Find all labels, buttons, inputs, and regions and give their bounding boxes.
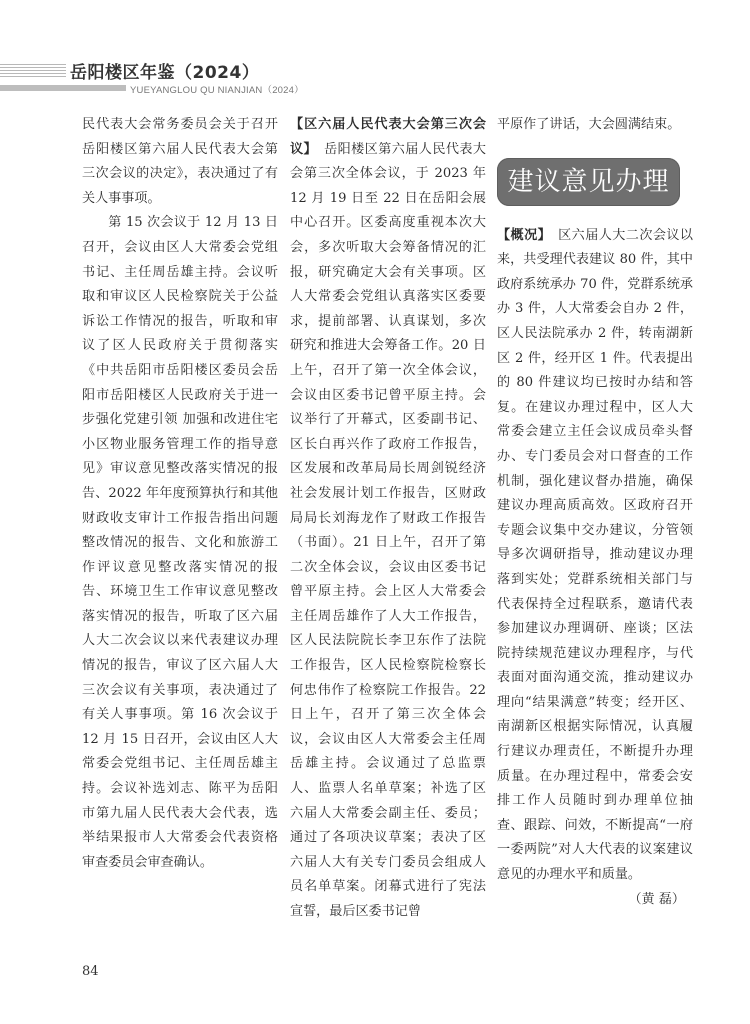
running-header: 岳阳楼区年鉴（2024） YUEYANGLOU QU NIANJIAN（2024…	[0, 55, 750, 105]
page-number: 84	[82, 964, 99, 979]
text-column-3: 平原作了讲话，大会圆满结束。 建议意见办理 【概况】 区六届人大二次会议以来，共…	[497, 113, 693, 912]
paragraph: 平原作了讲话，大会圆满结束。	[497, 113, 693, 138]
header-decorative-lines	[0, 64, 66, 80]
yearbook-subtitle: YUEYANGLOU QU NIANJIAN（2024）	[130, 82, 304, 96]
yearbook-title: 岳阳楼区年鉴（2024）	[70, 58, 259, 83]
entry-body: 岳阳楼区第六届人民代表大会第三次全体会议，于 2023 年 12 月 19 日至…	[290, 142, 486, 919]
paragraph: 【概况】 区六届人大二次会议以来，共受理代表建议 80 件，其中政府系统承办 7…	[497, 224, 693, 888]
entry-body: 区六届人大二次会议以来，共受理代表建议 80 件，其中政府系统承办 70 件，党…	[497, 228, 693, 882]
entry-heading: 【概况】	[497, 228, 545, 243]
header-decorative-bar	[0, 85, 126, 91]
paragraph: 【区六届人民代表大会第三次会议】 岳阳楼区第六届人民代表大会第三次全体会议，于 …	[290, 113, 486, 925]
author-signature: （黄 磊）	[497, 888, 693, 913]
paragraph: 第 15 次会议于 12 月 13 日召开，会议由区人大常委会党组书记、主任周岳…	[82, 211, 278, 875]
text-column-1: 民代表大会常务委员会关于召开岳阳楼区第六届人民代表大会第三次会议的决定》，表决通…	[82, 113, 278, 875]
section-title-badge: 建议意见办理	[497, 158, 680, 206]
text-column-2: 【区六届人民代表大会第三次会议】 岳阳楼区第六届人民代表大会第三次全体会议，于 …	[290, 113, 486, 925]
paragraph: 民代表大会常务委员会关于召开岳阳楼区第六届人民代表大会第三次会议的决定》，表决通…	[82, 113, 278, 211]
